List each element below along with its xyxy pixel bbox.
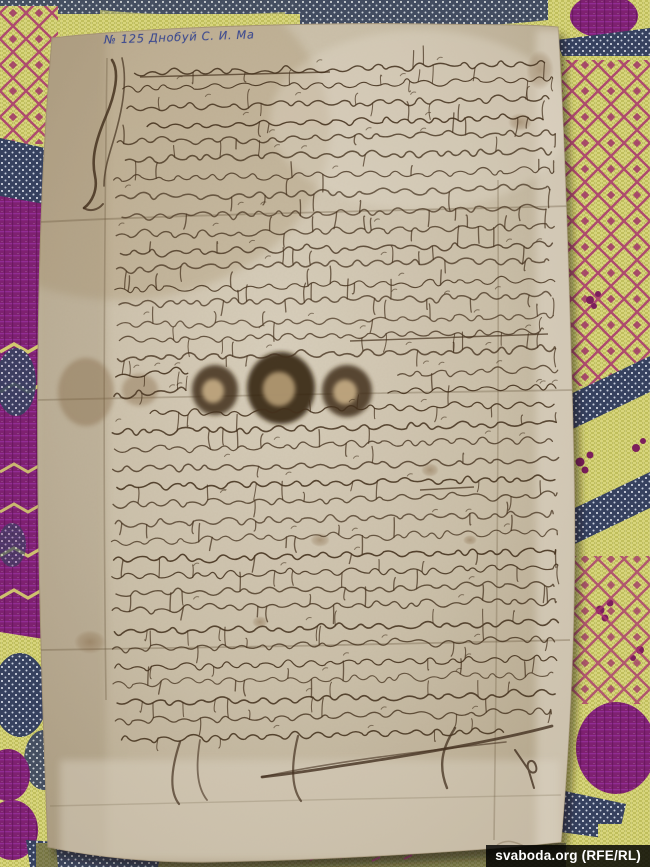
manuscript-scene [0,0,650,867]
ink-blot-center [202,379,224,403]
agency-watermark: svaboda.org (RFE/RL) [486,845,650,867]
ink-blot [58,358,114,426]
ink-blot-center [333,380,357,405]
manuscript-page [0,0,590,867]
ink-blot-center [263,372,296,407]
photo-of-manuscript: № 125 Днобуй С. И. Ма svaboda.org (RFE/R… [0,0,650,867]
